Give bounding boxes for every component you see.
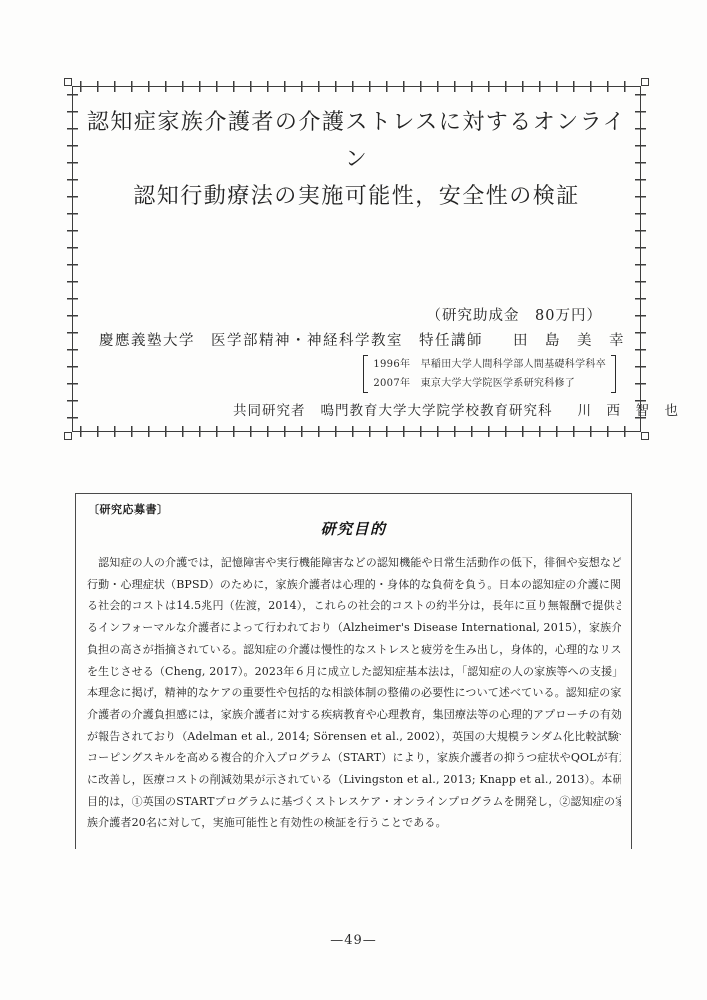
title-frame: 認知症家族介護者の介護ストレスに対するオンライン 認知行動療法の実施可能性，安全… (64, 78, 649, 440)
history-line: 1996年 早稲田大学人間科学部人間基礎科学科卒 (373, 355, 606, 374)
frame-ticks-bottom (80, 426, 633, 437)
frame-corner-top-right (641, 78, 649, 86)
frame-corner-bottom-left (64, 432, 72, 440)
body-line: に改善し，医療コストの削減効果が示されている（Livingston et al.… (87, 769, 621, 791)
application-label: 〔研究応募書〕 (88, 501, 169, 517)
co-researcher-line: 共同研究者 鳴門教育大学大学院学校教育研究科 川 西 智 也 (233, 399, 679, 419)
frame-ticks-right (635, 94, 646, 424)
history-bracket-left (363, 355, 368, 393)
history-bracket-right (611, 355, 616, 393)
frame-ticks-top (80, 81, 633, 92)
co-researcher-label: 共同研究者 (233, 399, 306, 419)
body-line: るインフォーマルな介護者によって行われており（Alzheimer's Disea… (87, 617, 621, 639)
body-line: る社会的コストは14.5兆円（佐渡，2014），これらの社会的コストの約半分は，… (87, 595, 621, 617)
application-box: 〔研究応募書〕 研究目的 認知症の人の介護では，記憶障害や実行機能障害などの認知… (75, 493, 632, 849)
frame-corner-bottom-right (641, 432, 649, 440)
frame-ticks-left (67, 94, 78, 424)
researcher-history: 1996年 早稲田大学人間科学部人間基礎科学科卒 2007年 東京大学大学院医学… (363, 355, 616, 393)
document-title-line2: 認知行動療法の実施可能性，安全性の検証 (84, 178, 629, 215)
frame-corner-top-left (64, 78, 72, 86)
body-line: 族介護者20名に対して，実施可能性と有効性の検証を行うことである。 (87, 812, 621, 834)
research-purpose-text: 認知症の人の介護では，記憶障害や実行機能障害などの認知機能や日常生活動作の低下，… (87, 552, 621, 834)
grant-amount: （研究助成金 80万円） (427, 304, 602, 325)
body-line: 行動・心理症状（BPSD）のために，家族介護者は心理的・身体的な負荷を負う。日本… (87, 574, 621, 596)
body-line: 本理念に掲げ，精神的なケアの重要性や包括的な相談体制の整備の必要性について述べて… (87, 682, 621, 704)
co-researcher-name: 川 西 智 也 (578, 399, 680, 419)
document-title-line1: 認知症家族介護者の介護ストレスに対するオンライン (84, 104, 629, 178)
body-line: 目的は，①英国のSTARTプログラムに基づくストレスケア・オンラインプログラムを… (87, 791, 621, 813)
researcher-name: 田 島 美 幸 (513, 329, 625, 350)
document-page: 認知症家族介護者の介護ストレスに対するオンライン 認知行動療法の実施可能性，安全… (0, 0, 707, 1000)
researcher-line: 慶應義塾大学 医学部精神・神経科学教室 特任講師 田 島 美 幸 (99, 329, 625, 350)
document-title: 認知症家族介護者の介護ストレスに対するオンライン 認知行動療法の実施可能性，安全… (84, 104, 629, 215)
page-number: —49— (0, 933, 707, 948)
researcher-affiliation: 慶應義塾大学 医学部精神・神経科学教室 特任講師 (99, 329, 483, 350)
history-line: 2007年 東京大学大学院医学系研究科修了 (373, 374, 606, 393)
body-line: を生じさせる（Cheng, 2017）。2023年６月に成立した認知症基本法は，… (87, 661, 621, 683)
body-line: が報告されており（Adelman et al., 2014; Sörensen … (87, 726, 621, 748)
body-line: コーピングスキルを高める複合的介入プログラム（START）により，家族介護者の抑… (87, 747, 621, 769)
history-lines: 1996年 早稲田大学人間科学部人間基礎科学科卒 2007年 東京大学大学院医学… (373, 355, 606, 393)
body-line: 負担の高さが指摘されている。認知症の介護は慢性的なストレスと疲労を生み出し，身体… (87, 639, 621, 661)
body-line: 介護者の介護負担感には，家族介護者に対する疾病教育や心理教育，集団療法等の心理的… (87, 704, 621, 726)
body-line: 認知症の人の介護では，記憶障害や実行機能障害などの認知機能や日常生活動作の低下，… (87, 552, 621, 574)
co-researcher-affiliation: 鳴門教育大学大学院学校教育研究科 (321, 399, 553, 419)
section-title: 研究目的 (76, 518, 631, 539)
